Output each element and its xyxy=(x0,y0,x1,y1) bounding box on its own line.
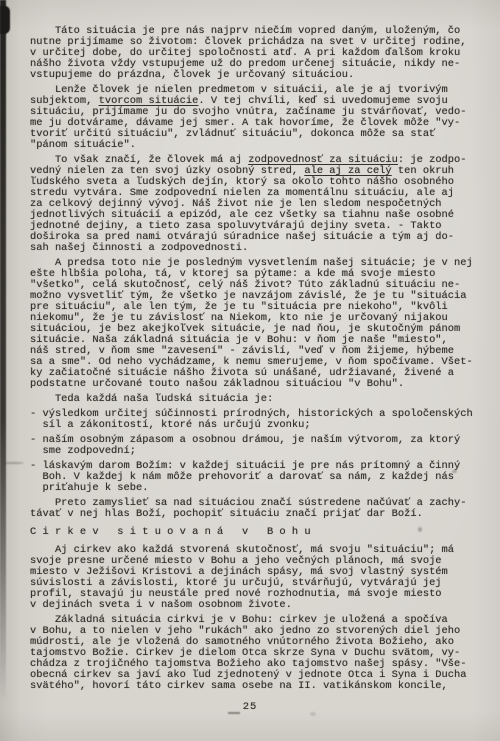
bullet-item: - láskavým darom Božím: v každej situáci… xyxy=(30,461,484,494)
text-line: C i r k e v s i t u o v a n á v B o h u xyxy=(30,527,484,538)
page-text: Táto situácia je pre nás najprv niečím v… xyxy=(30,26,484,696)
text-line: sme zodpovední; xyxy=(30,446,484,457)
text-line: távať v nej hlas Boží, pochopiť situáciu… xyxy=(30,509,484,520)
text-line: Teda každá naša ľudská situácia je: xyxy=(30,394,484,405)
text-line: priťahuje k sebe. xyxy=(30,483,484,494)
paragraph: Základná situácia cirkvi je v Bohu: cirk… xyxy=(30,615,484,692)
scanned-page: Táto situácia je pre nás najprv niečím v… xyxy=(0,0,500,741)
text-line: podstatne určované touto našou základnou… xyxy=(30,379,484,390)
scan-smudge xyxy=(2,462,24,464)
text-line: vstupujeme do prázdna, človek je určovan… xyxy=(30,70,484,81)
paragraph: A predsa toto nie je posledným vysvetlen… xyxy=(30,258,484,390)
paragraph: To však značí, že človek má aj zodpovedn… xyxy=(30,155,484,254)
text-line: v dejinách sveta i v našom osobnom život… xyxy=(30,600,484,611)
scan-edge-shadow xyxy=(0,0,6,700)
text-line: "pánom situácie". xyxy=(30,140,484,151)
paragraph: Teda každá naša ľudská situácia je: xyxy=(30,394,484,405)
page-number: 25 xyxy=(0,701,500,713)
scan-corner-mark xyxy=(0,6,10,34)
bullet-item: - naším osobným zápasom a osobnou drámou… xyxy=(30,435,484,457)
text-line: sah našej činnosti a zodpovednosti. xyxy=(30,243,484,254)
paragraph: Lenže človek je nielen predmetom v situá… xyxy=(30,85,484,151)
text-line: síl a zákonitostí, ktoré nás určujú zvon… xyxy=(30,420,484,431)
section-heading: C i r k e v s i t u o v a n á v B o h u xyxy=(30,527,484,538)
bullet-item: - výsledkom určitej súčinnosti prírodnýc… xyxy=(30,409,484,431)
text-line: svätého", hovorí táto cirkev sama osebe … xyxy=(30,681,484,692)
paragraph: Aj cirkev ako každá stvorená skutočnosť,… xyxy=(30,545,484,611)
paragraph: Táto situácia je pre nás najprv niečím v… xyxy=(30,26,484,81)
paragraph: Preto zamyslieť sa nad situáciou značí s… xyxy=(30,498,484,520)
